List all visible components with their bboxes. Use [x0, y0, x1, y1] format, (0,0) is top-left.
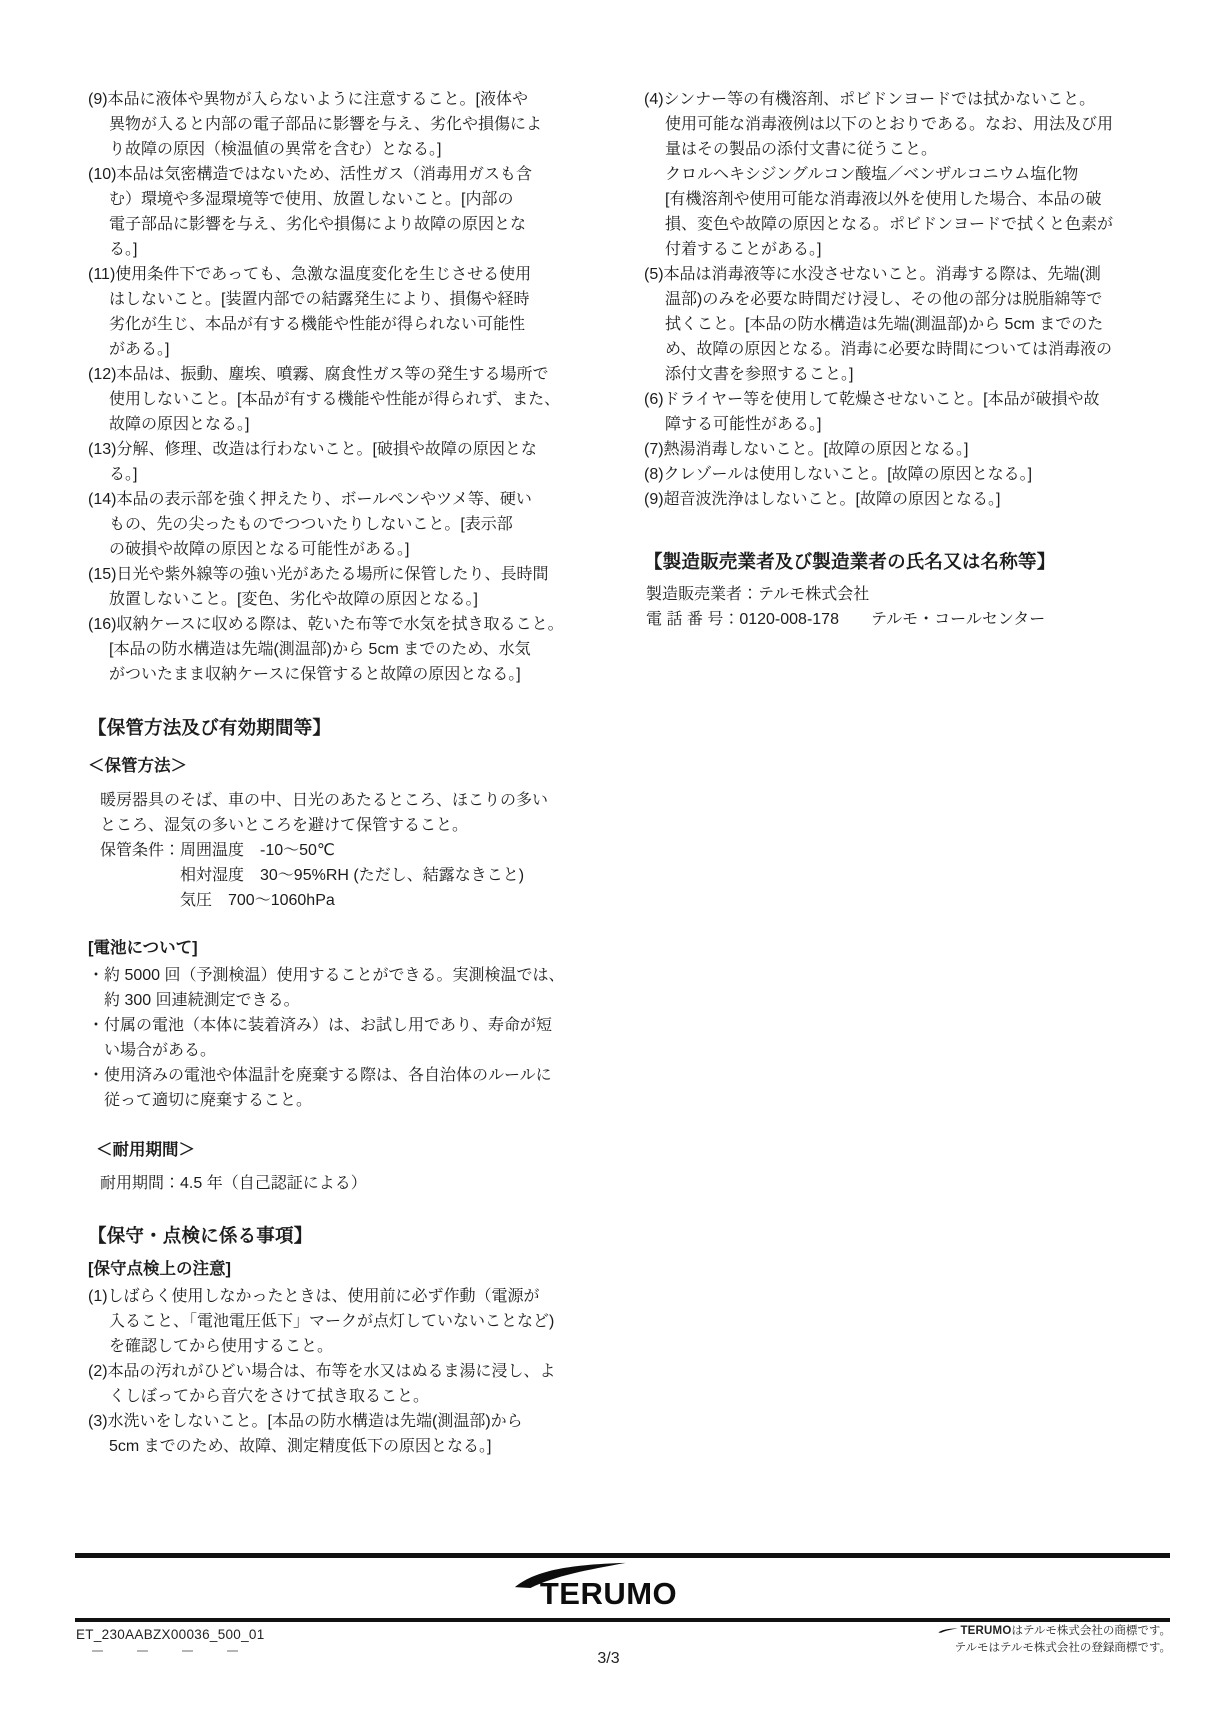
- note-item-12: (12)本品は、振動、塵埃、噴霧、腐食性ガス等の発生する場所で 使用しないこと。…: [88, 362, 594, 437]
- storage-method-text: 暖房器具のそば、車の中、日光のあたるところ、ほこりの多い ところ、湿気の多いとこ…: [100, 788, 594, 913]
- section-heading-maintenance: 【保守・点検に係る事項】: [88, 1222, 594, 1249]
- battery-bullet-3: ・使用済みの電池や体温計を廃棄する際は、各自治体のルールに 従って適切に廃棄する…: [88, 1063, 594, 1113]
- left-column: (9)本品に液体や異物が入らないように注意すること。[液体や 異物が入ると内部の…: [88, 87, 594, 1459]
- precaution-notes-list: (9)本品に液体や異物が入らないように注意すること。[液体や 異物が入ると内部の…: [88, 87, 594, 687]
- trademark-line-2: テルモはテルモ株式会社の登録商標です。: [938, 1640, 1171, 1657]
- footer-rule-top: [75, 1553, 1170, 1558]
- sub-heading-durable-period: ＜耐用期間＞: [96, 1138, 594, 1163]
- note-item-9r: (9)超音波洗浄はしないこと。[故障の原因となる。]: [644, 487, 1156, 512]
- right-column: (4)シンナー等の有機溶剤、ポビドンヨードでは拭かないこと。 使用可能な消毒液例…: [644, 87, 1156, 1459]
- battery-bullet-1: ・約 5000 回（予測検温）使用することができる。実測検温では、 約 300 …: [88, 963, 594, 1013]
- trademark-notice: TERUMOはテルモ株式会社の商標です。 テルモはテルモ株式会社の登録商標です。: [938, 1623, 1171, 1657]
- manufacturer-phone-line: 電 話 番 号：0120-008-178 テルモ・コールセンター: [646, 607, 1156, 632]
- document-body: (9)本品に液体や異物が入らないように注意すること。[液体や 異物が入ると内部の…: [88, 87, 1156, 1459]
- page-number: 3/3: [597, 1650, 619, 1668]
- document-page: (9)本品に液体や異物が入らないように注意すること。[液体や 異物が入ると内部の…: [0, 0, 1217, 1726]
- trademark-brand: TERUMO: [956, 1625, 1011, 1637]
- terumo-logo: TERUMO: [540, 1576, 677, 1612]
- sub-heading-battery: [電池について]: [88, 936, 594, 961]
- sub-heading-storage-method: ＜保管方法＞: [88, 754, 594, 779]
- note-item-13: (13)分解、修理、改造は行わないこと。[破損や故障の原因とな る。]: [88, 437, 594, 487]
- section-heading-storage: 【保管方法及び有効期間等】: [88, 714, 594, 741]
- note-item-16: (16)収納ケースに収める際は、乾いた布等で水気を拭き取ること。 [本品の防水構…: [88, 612, 594, 687]
- battery-bullet-list: ・約 5000 回（予測検温）使用することができる。実測検温では、 約 300 …: [88, 963, 594, 1113]
- durable-period-text: 耐用期間：4.5 年（自己認証による）: [100, 1171, 594, 1196]
- note-item-10: (10)本品は気密構造ではないため、活性ガス（消毒用ガスも含 む）環境や多湿環境…: [88, 162, 594, 262]
- footer-rule-bottom: [75, 1618, 1170, 1622]
- note-item-14: (14)本品の表示部を強く押えたり、ボールペンやツメ等、硬い もの、先の尖ったも…: [88, 487, 594, 562]
- sub-heading-maintenance-notes: [保守点検上の注意]: [88, 1257, 594, 1282]
- manufacturer-company-line: 製造販売業者：テルモ株式会社: [646, 582, 1156, 607]
- maintenance-note-1: (1)しばらく使用しなかったときは、使用前に必ず作動（電源が 入ること、「電池電…: [88, 1284, 594, 1359]
- note-item-8: (8)クレゾールは使用しないこと。[故障の原因となる。]: [644, 462, 1156, 487]
- note-item-7: (7)熱湯消毒しないこと。[故障の原因となる。]: [644, 437, 1156, 462]
- page-footer: TERUMO ET_230AABZX00036_500_01 TERUMOはテル…: [0, 1553, 1217, 1726]
- note-item-4: (4)シンナー等の有機溶剤、ポビドンヨードでは拭かないこと。 使用可能な消毒液例…: [644, 87, 1156, 262]
- section-heading-manufacturer: 【製造販売業者及び製造業者の氏名又は名称等】: [644, 548, 1156, 575]
- terumo-swoosh-icon: [504, 1562, 636, 1588]
- note-item-6: (6)ドライヤー等を使用して乾燥させないこと。[本品が破損や故 障する可能性があ…: [644, 387, 1156, 437]
- trademark-text-1: はテルモ株式会社の商標です。: [1011, 1625, 1171, 1637]
- maintenance-note-3: (3)水洗いをしないこと。[本品の防水構造は先端(測温部)から 5cm までのた…: [88, 1409, 594, 1459]
- scan-artifact-dashes: [92, 1650, 238, 1652]
- maintenance-note-2: (2)本品の汚れがひどい場合は、布等を水又はぬるま湯に浸し、よ くしぼってから音…: [88, 1359, 594, 1409]
- trademark-line-1: TERUMOはテルモ株式会社の商標です。: [938, 1623, 1171, 1640]
- battery-bullet-2: ・付属の電池（本体に装着済み）は、お試し用であり、寿命が短 い場合がある。: [88, 1013, 594, 1063]
- note-item-11: (11)使用条件下であっても、急激な温度変化を生じさせる使用 はしないこと。[装…: [88, 262, 594, 362]
- maintenance-notes-list: (1)しばらく使用しなかったときは、使用前に必ず作動（電源が 入ること、「電池電…: [88, 1284, 594, 1459]
- note-item-15: (15)日光や紫外線等の強い光があたる場所に保管したり、長時間 放置しないこと。…: [88, 562, 594, 612]
- note-item-9: (9)本品に液体や異物が入らないように注意すること。[液体や 異物が入ると内部の…: [88, 87, 594, 162]
- document-code: ET_230AABZX00036_500_01: [76, 1627, 265, 1642]
- cleaning-notes-list: (4)シンナー等の有機溶剤、ポビドンヨードでは拭かないこと。 使用可能な消毒液例…: [644, 87, 1156, 512]
- note-item-5: (5)本品は消毒液等に水没させないこと。消毒する際は、先端(測 温部)のみを必要…: [644, 262, 1156, 387]
